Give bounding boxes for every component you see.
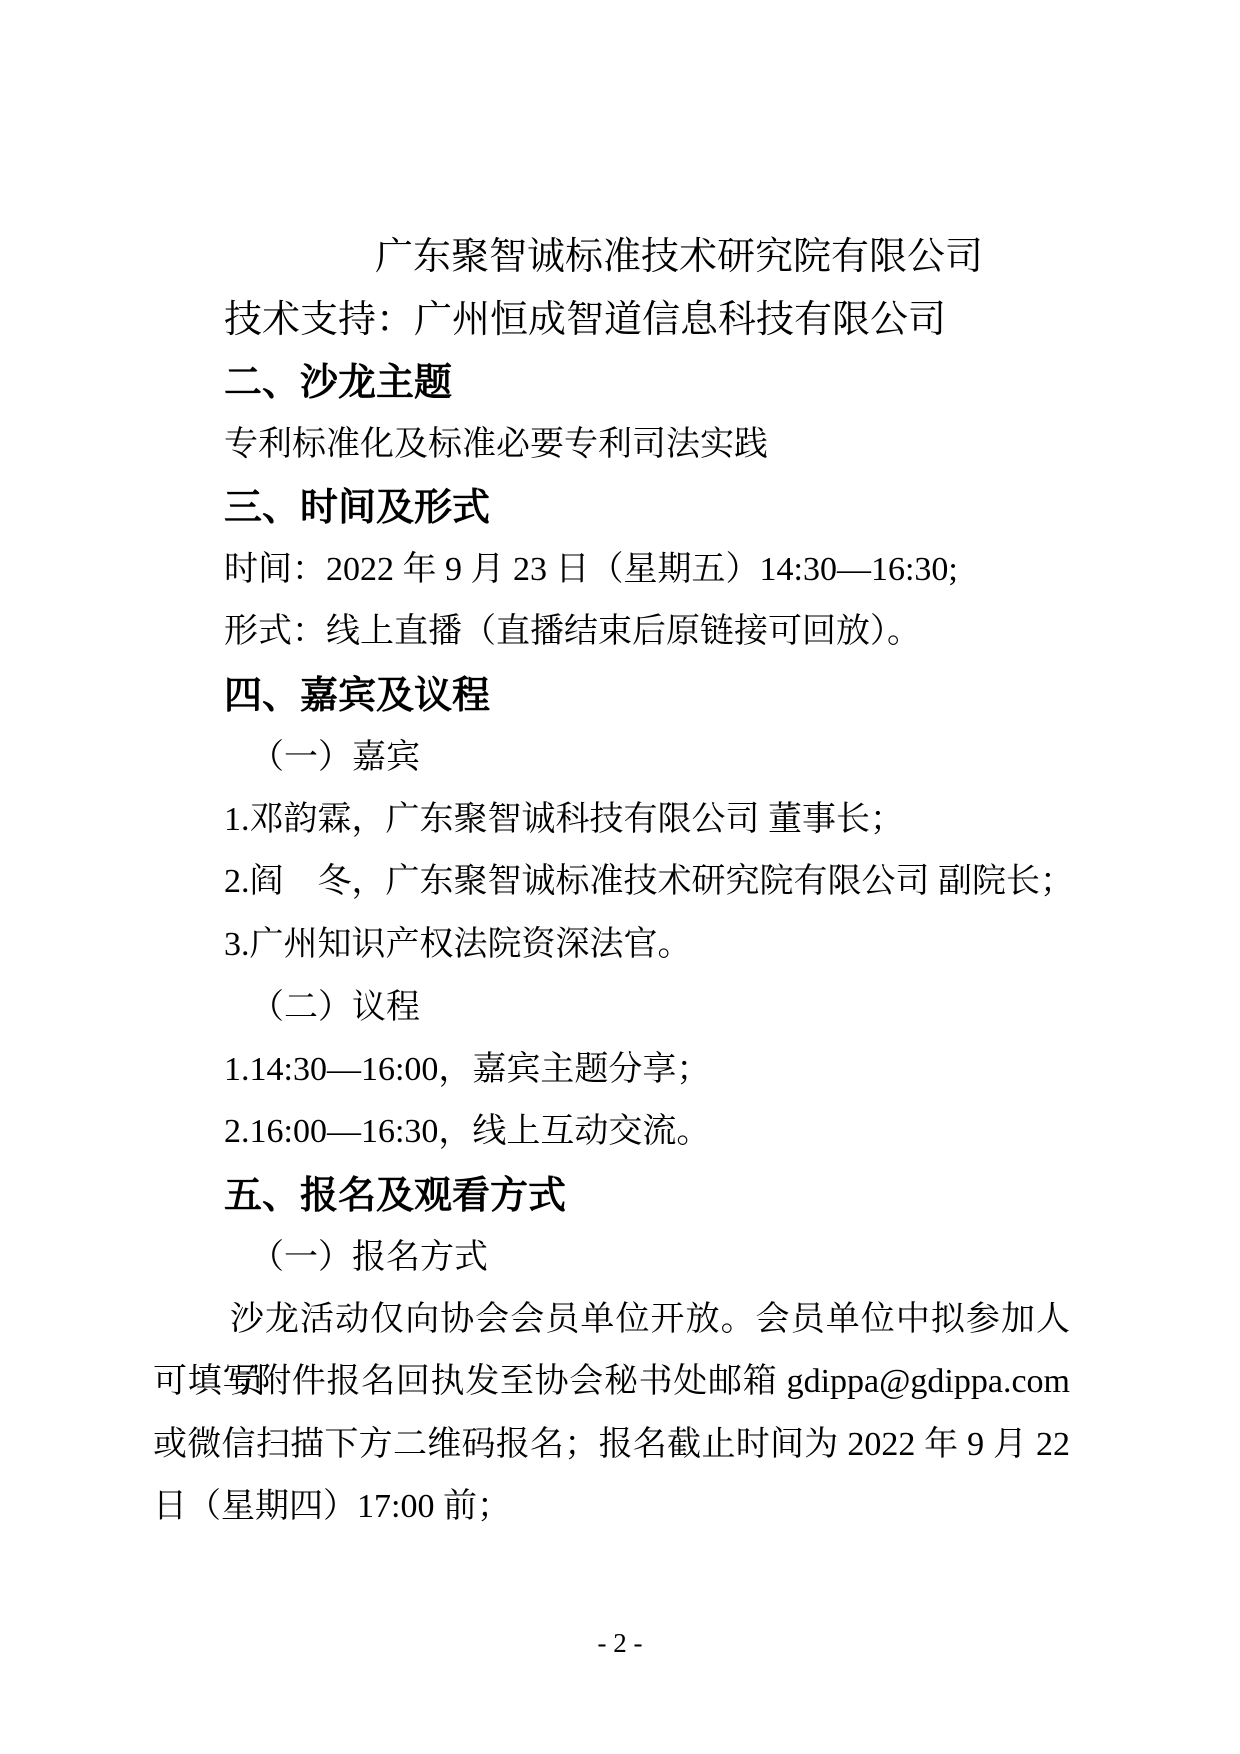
registration-para-line-1: 沙龙活动仅向协会会员单位开放。会员单位中拟参加人员 <box>153 1289 1070 1352</box>
document-body: 广东聚智诚标准技术研究院有限公司技术支持：广州恒成智道信息科技有限公司二、沙龙主… <box>153 0 1070 1539</box>
format-line: 形式：线上直播（直播结束后原链接可回放）。 <box>153 601 1070 664</box>
guest-item-2: 2.阎 冬，广东聚智诚标准技术研究院有限公司 副院长； <box>153 851 1070 914</box>
heading-salon-topic: 二、沙龙主题 <box>153 351 1070 414</box>
guest-item-1: 1.邓韵霖，广东聚智诚科技有限公司 董事长； <box>153 789 1070 852</box>
host-org-name-line: 广东聚智诚标准技术研究院有限公司 <box>153 226 1070 289</box>
salon-topic-line: 专利标准化及标准必要专利司法实践 <box>153 414 1070 477</box>
heading-registration-viewing: 五、报名及观看方式 <box>153 1164 1070 1227</box>
tech-support-line: 技术支持：广州恒成智道信息科技有限公司 <box>153 289 1070 352</box>
document-page: 广东聚智诚标准技术研究院有限公司技术支持：广州恒成智道信息科技有限公司二、沙龙主… <box>0 0 1240 1754</box>
heading-guests-agenda: 四、嘉宾及议程 <box>153 664 1070 727</box>
subheading-agenda: （二）议程 <box>153 976 1070 1039</box>
agenda-item-1: 1.14:30—16:00，嘉宾主题分享； <box>153 1039 1070 1102</box>
subheading-registration-method: （一）报名方式 <box>153 1226 1070 1289</box>
registration-para-line-2: 可填写附件报名回执发至协会秘书处邮箱 gdippa@gdippa.com <box>153 1351 1070 1414</box>
heading-time-format: 三、时间及形式 <box>153 476 1070 539</box>
agenda-item-2: 2.16:00—16:30，线上互动交流。 <box>153 1101 1070 1164</box>
time-line: 时间：2022 年 9 月 23 日（星期五）14:30—16:30; <box>153 539 1070 602</box>
page-number: - 2 - <box>0 1622 1240 1664</box>
guest-item-3: 3.广州知识产权法院资深法官。 <box>153 914 1070 977</box>
registration-para-line-3: 或微信扫描下方二维码报名；报名截止时间为 2022 年 9 月 22 <box>153 1414 1070 1477</box>
subheading-guests: （一）嘉宾 <box>153 726 1070 789</box>
registration-para-line-4: 日（星期四）17:00 前； <box>153 1476 1070 1539</box>
